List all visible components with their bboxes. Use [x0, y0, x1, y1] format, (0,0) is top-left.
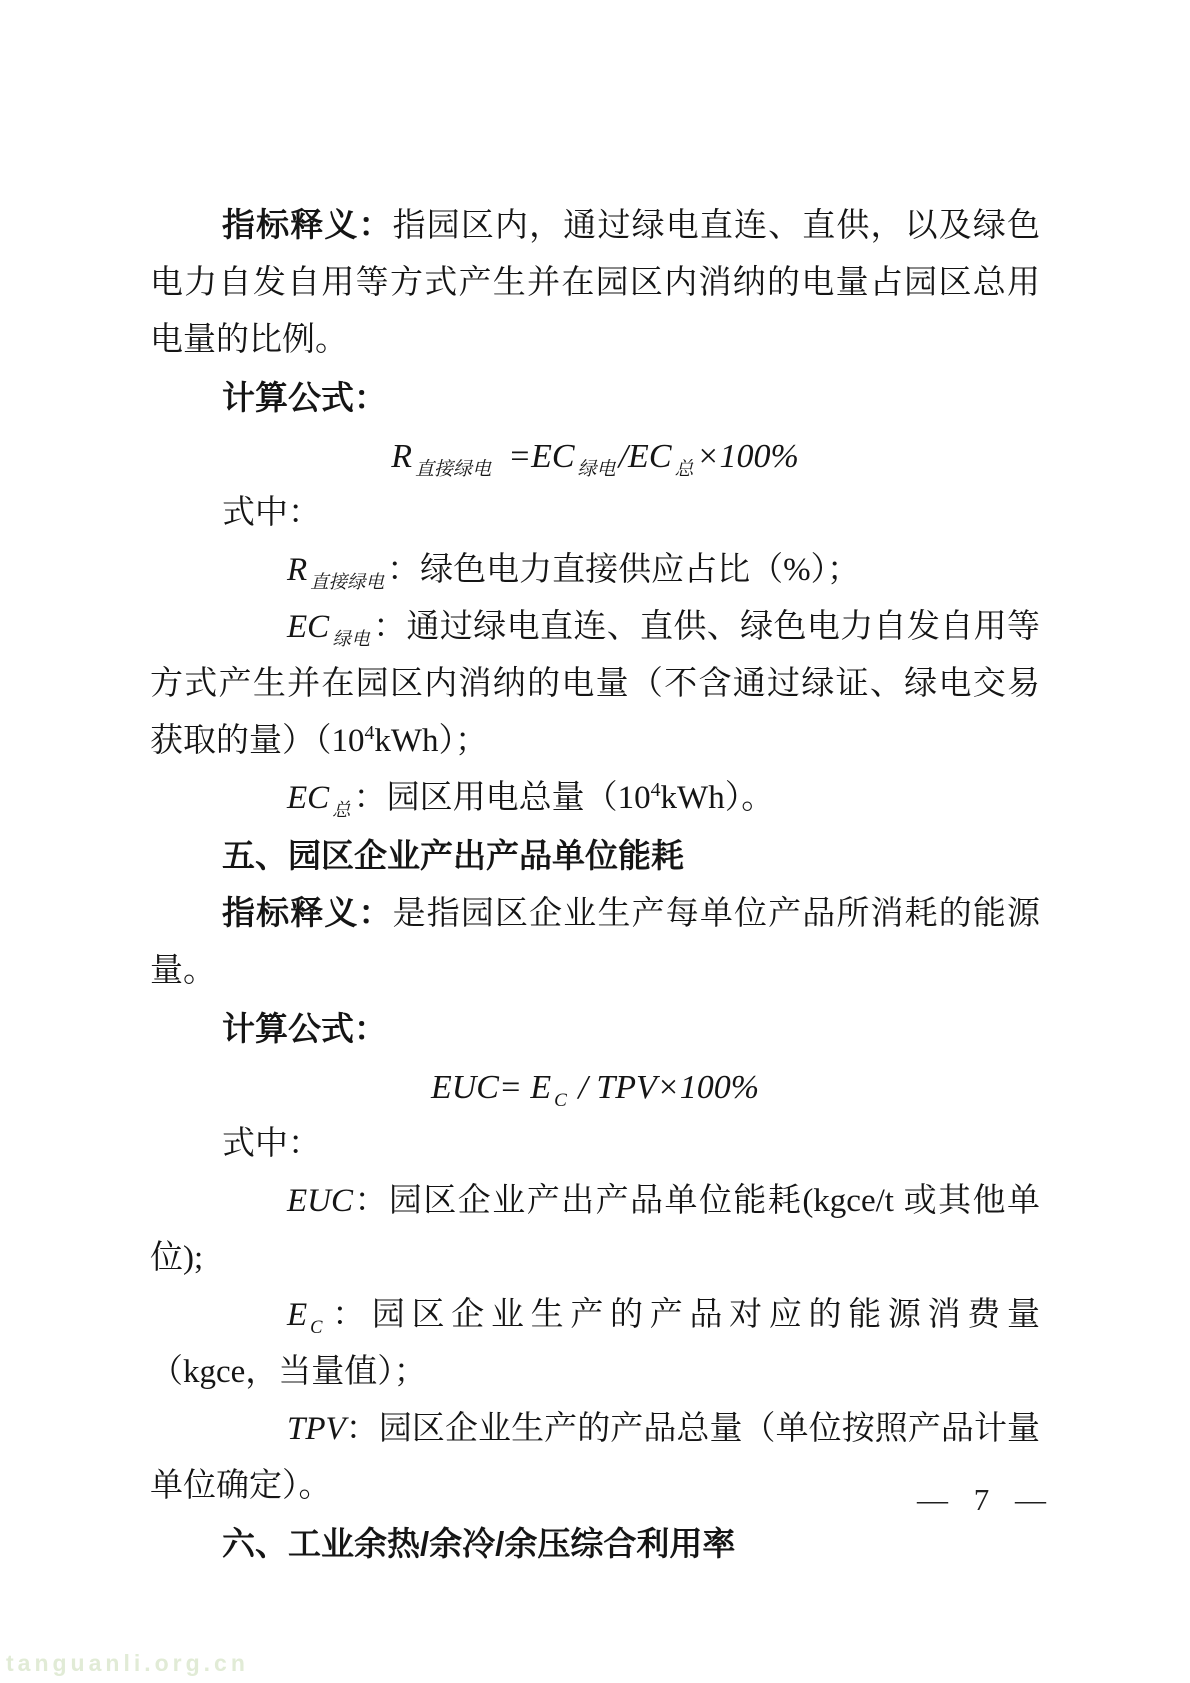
- formula-variable: R: [391, 438, 412, 475]
- watermark: tanguanli.org.cn: [6, 1650, 249, 1677]
- page-number: — 7 —: [917, 1482, 1047, 1518]
- definition-colon: ：: [354, 780, 387, 816]
- definition-ec-energy: EC：园区企业生产的产品对应的能源消费量（kgce，当量值）；: [150, 1287, 1040, 1401]
- section-heading-6: 六、工业余热/余冷/余压综合利用率: [150, 1515, 1040, 1572]
- formula-subscript: 绿电: [578, 459, 616, 480]
- definition-r-direct-green: R直接绿电：绿色电力直接供应占比（%）；: [150, 542, 1040, 599]
- formula-label-2: 计算公式：: [150, 1000, 1040, 1059]
- definition-text: 园区企业生产的产品总量（单位按照产品计量单位确定）。: [150, 1411, 1040, 1504]
- formula-label-text: 计算公式：: [222, 379, 387, 416]
- formula-where-2: 式中：: [150, 1116, 1040, 1173]
- where-label: 式中：: [222, 495, 321, 531]
- document-body: 指标释义：指园区内，通过绿电直连、直供，以及绿色电力自发自用等方式产生并在园区内…: [150, 196, 1040, 1572]
- formula-variable: E: [530, 1069, 551, 1106]
- formula-subscript: 直接绿电: [415, 459, 491, 480]
- definition-colon: ：: [326, 1297, 372, 1333]
- formula-variable: EC: [628, 438, 671, 475]
- section-heading-5: 五、园区企业产出产品单位能耗: [150, 827, 1040, 884]
- formula-operator: /: [570, 1069, 596, 1106]
- section-heading-text: 六、工业余热/余冷/余压综合利用率: [222, 1525, 735, 1562]
- formula-direct-green-power-ratio: R直接绿电=EC绿电/EC总×100%: [150, 428, 1040, 485]
- definition-colon: ：: [353, 1183, 389, 1219]
- formula-unit-energy-consumption: EUC= EC / TPV×100%: [150, 1059, 1040, 1116]
- definition-text: 园区企业产出产品单位能耗(kgce/t 或其他单位);: [150, 1183, 1040, 1276]
- formula-operator: =: [499, 1069, 530, 1106]
- definition-subscript: 总: [332, 800, 350, 820]
- definition-variable: EC: [287, 780, 329, 816]
- definition-subscript: C: [310, 1317, 322, 1337]
- definition-variable: EC: [287, 609, 329, 645]
- definition-variable: EUC: [287, 1183, 353, 1219]
- definition-superscript: 4: [365, 722, 375, 744]
- definition-text: 绿色电力直接供应占比（%）；: [420, 552, 860, 588]
- definition-text: 园区企业生产的产品对应的能源消费量（kgce，当量值）；: [150, 1297, 1040, 1390]
- definition-variable: R: [287, 552, 307, 588]
- definition-tpv: TPV：园区企业生产的产品总量（单位按照产品计量单位确定）。: [150, 1401, 1040, 1515]
- definition-ec-total: EC总：园区用电总量（104kWh）。: [150, 770, 1040, 827]
- definition-superscript: 4: [651, 779, 661, 801]
- definition-variable: TPV: [287, 1411, 346, 1447]
- definition-subscript: 绿电: [332, 629, 370, 649]
- paragraph-indicator-definition-2: 指标释义：是指园区企业生产每单位产品所消耗的能源量。: [150, 884, 1040, 1000]
- formula-label-text: 计算公式：: [222, 1010, 387, 1047]
- formula-variable: EC: [531, 438, 574, 475]
- formula-label-1: 计算公式：: [150, 369, 1040, 428]
- formula-tail: ×100%: [657, 1069, 759, 1106]
- formula-subscript: C: [554, 1090, 567, 1111]
- indicator-definition-label: 指标释义：: [222, 206, 393, 243]
- formula-operator: =: [508, 438, 531, 475]
- definition-colon: ：: [387, 552, 420, 588]
- definition-ec-green: EC绿电：通过绿电直连、直供、绿色电力自发自用等方式产生并在园区内消纳的电量（不…: [150, 599, 1040, 770]
- definition-colon: ：: [373, 609, 406, 645]
- formula-variable: TPV: [596, 1069, 656, 1106]
- formula-tail: ×100%: [697, 438, 799, 475]
- definition-colon: ：: [346, 1411, 379, 1447]
- document-page: 指标释义：指园区内，通过绿电直连、直供，以及绿色电力自发自用等方式产生并在园区内…: [0, 0, 1190, 1683]
- definition-euc: EUC：园区企业产出产品单位能耗(kgce/t 或其他单位);: [150, 1173, 1040, 1287]
- where-label: 式中：: [222, 1126, 321, 1162]
- indicator-definition-label: 指标释义：: [222, 894, 393, 931]
- formula-operator: /: [619, 438, 628, 475]
- definition-text: kWh）。: [661, 780, 775, 816]
- definition-subscript: 直接绿电: [310, 572, 384, 592]
- definition-text: kWh）；: [374, 723, 488, 759]
- formula-variable: EUC: [431, 1069, 499, 1106]
- definition-variable: E: [287, 1297, 307, 1333]
- formula-subscript: 总: [675, 459, 694, 480]
- formula-where-1: 式中：: [150, 485, 1040, 542]
- definition-text: 园区用电总量（10: [387, 780, 651, 816]
- definition-text: 通过绿电直连、直供、绿色电力自发自用等方式产生并在园区内消纳的电量（不含通过绿证…: [150, 609, 1040, 759]
- paragraph-indicator-definition-1: 指标释义：指园区内，通过绿电直连、直供，以及绿色电力自发自用等方式产生并在园区内…: [150, 196, 1040, 369]
- section-heading-text: 五、园区企业产出产品单位能耗: [222, 837, 684, 874]
